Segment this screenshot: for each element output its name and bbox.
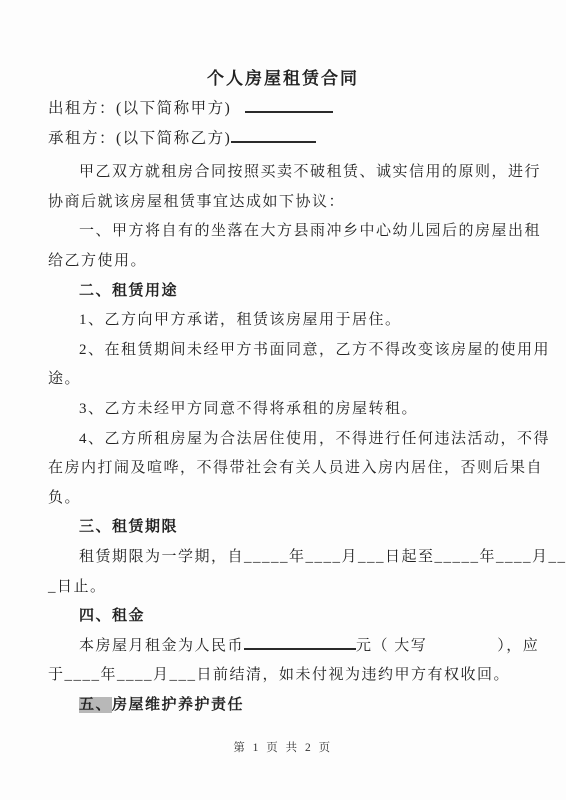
document-title: 个人房屋租赁合同	[48, 63, 518, 94]
party-b-blank-underline	[231, 128, 316, 143]
rent-amount-mid: 元（ 大写	[356, 638, 427, 654]
party-a-blank-underline	[245, 98, 333, 113]
rent-amount-blank-underline	[244, 635, 356, 650]
page-footer: 第 1 页 共 2 页	[0, 739, 566, 755]
section-five-heading: 五、房屋维护养护责任	[48, 691, 518, 721]
rent-amount-prefix: 本房屋月租金为人民币	[79, 638, 244, 654]
party-b-line: 承租方：(以下简称乙方)	[48, 124, 518, 154]
intro-line-2: 协商后就该房屋租赁事宜达成如下协议：	[48, 188, 518, 218]
document-content: 个人房屋租赁合同 出租方：(以下简称甲方) 承租方：(以下简称乙方) 甲乙双方就…	[48, 63, 518, 720]
intro-line-1: 甲乙双方就租房合同按照买卖不破租赁、诚实信用的原则，进行	[48, 158, 518, 188]
rent-amount-suffix: ），应	[497, 638, 539, 654]
clause-two-item-2-line-2: 途。	[48, 365, 518, 395]
clause-two-item-4-line-1: 4、乙方所租房屋为合法居住使用，不得进行任何违法活动，不得	[48, 425, 518, 455]
clause-two-item-2-line-1: 2、在租赁期间未经甲方书面同意，乙方不得改变该房屋的使用用	[48, 336, 518, 366]
rent-due-line: 于____年____月___日前结清，如未付视为违约甲方有权收回。	[48, 661, 518, 691]
lease-term-line-1: 租赁期限为一学期，自_____年____月___日起至_____年____月__	[48, 543, 518, 573]
clause-two-item-1: 1、乙方向甲方承诺，租赁该房屋用于居住。	[48, 306, 518, 336]
party-a-label: 出租方：(以下简称甲方)	[48, 100, 231, 117]
lease-term-line-2: _日止。	[48, 573, 518, 603]
clause-one-line-1: 一、甲方将自有的坐落在大方县雨冲乡中心幼儿园后的房屋出租	[48, 217, 518, 247]
party-b-label: 承租方：(以下简称乙方)	[48, 130, 231, 147]
clause-two-item-3: 3、乙方未经甲方同意不得将承租的房屋转租。	[48, 395, 518, 425]
party-a-line: 出租方：(以下简称甲方)	[48, 94, 518, 124]
section-five-title: 房屋维护养护责任	[112, 697, 244, 713]
highlighted-text: 五、	[79, 697, 112, 713]
clause-two-item-4-line-3: 负。	[48, 484, 518, 514]
section-four-heading: 四、租金	[48, 602, 518, 632]
section-two-heading: 二、租赁用途	[48, 277, 518, 307]
clause-two-item-4-line-2: 在房内打闹及喧哗，不得带社会有关人员进入房内居住，否则后果自	[48, 454, 518, 484]
clause-one-line-2: 给乙方使用。	[48, 247, 518, 277]
rent-amount-line: 本房屋月租金为人民币元（ 大写），应	[48, 632, 518, 662]
section-three-heading: 三、租赁期限	[48, 513, 518, 543]
document-page: 个人房屋租赁合同 出租方：(以下简称甲方) 承租方：(以下简称乙方) 甲乙双方就…	[0, 0, 566, 800]
